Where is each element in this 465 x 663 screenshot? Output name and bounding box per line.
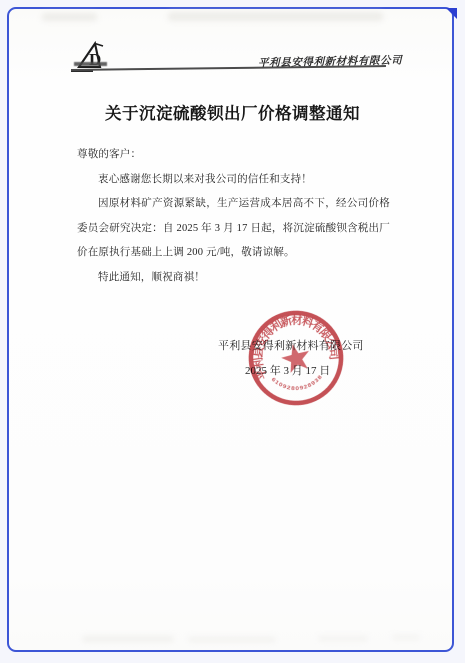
seal-star-icon [279,341,313,374]
svg-text:6109280928938: 6109280928938 [269,365,326,398]
frame-corner-fold-icon [446,8,457,19]
letterhead-company-name: 平利县安得利新材料有限公司 [258,53,388,70]
salutation: 尊敬的客户： [77,143,390,168]
scanned-notice-photo: D 平利县安得利新材料有限公司 关于沉淀硫酸钡出厂价格调整通知 尊敬的客户： 衷… [0,0,465,663]
scan-smudge [82,636,174,642]
scan-smudge [188,637,276,642]
body-paragraph-price-adjustment: 因原材料矿产资源紧缺，生产运营成本居高不下，经公司价格委员会研究决定：自 202… [77,192,390,266]
scan-smudge [42,13,97,21]
logo-monogram: D [89,50,101,69]
scan-smudge [392,635,420,640]
scan-smudge [168,12,383,21]
notice-body: 尊敬的客户： 衷心感谢您长期以来对我公司的信任和支持！ 因原材料矿产资源紧缺，生… [77,143,390,291]
seal-serial-number: 6109280928938 [269,365,326,398]
body-paragraph-thanks: 衷心感谢您长期以来对我公司的信任和支持！ [77,168,390,193]
logo-caption-text [74,62,107,66]
notice-title: 关于沉淀硫酸钡出厂价格调整通知 [0,100,465,124]
scan-smudge [318,636,368,641]
body-paragraph-closing: 特此通知，顺祝商祺！ [77,266,390,291]
